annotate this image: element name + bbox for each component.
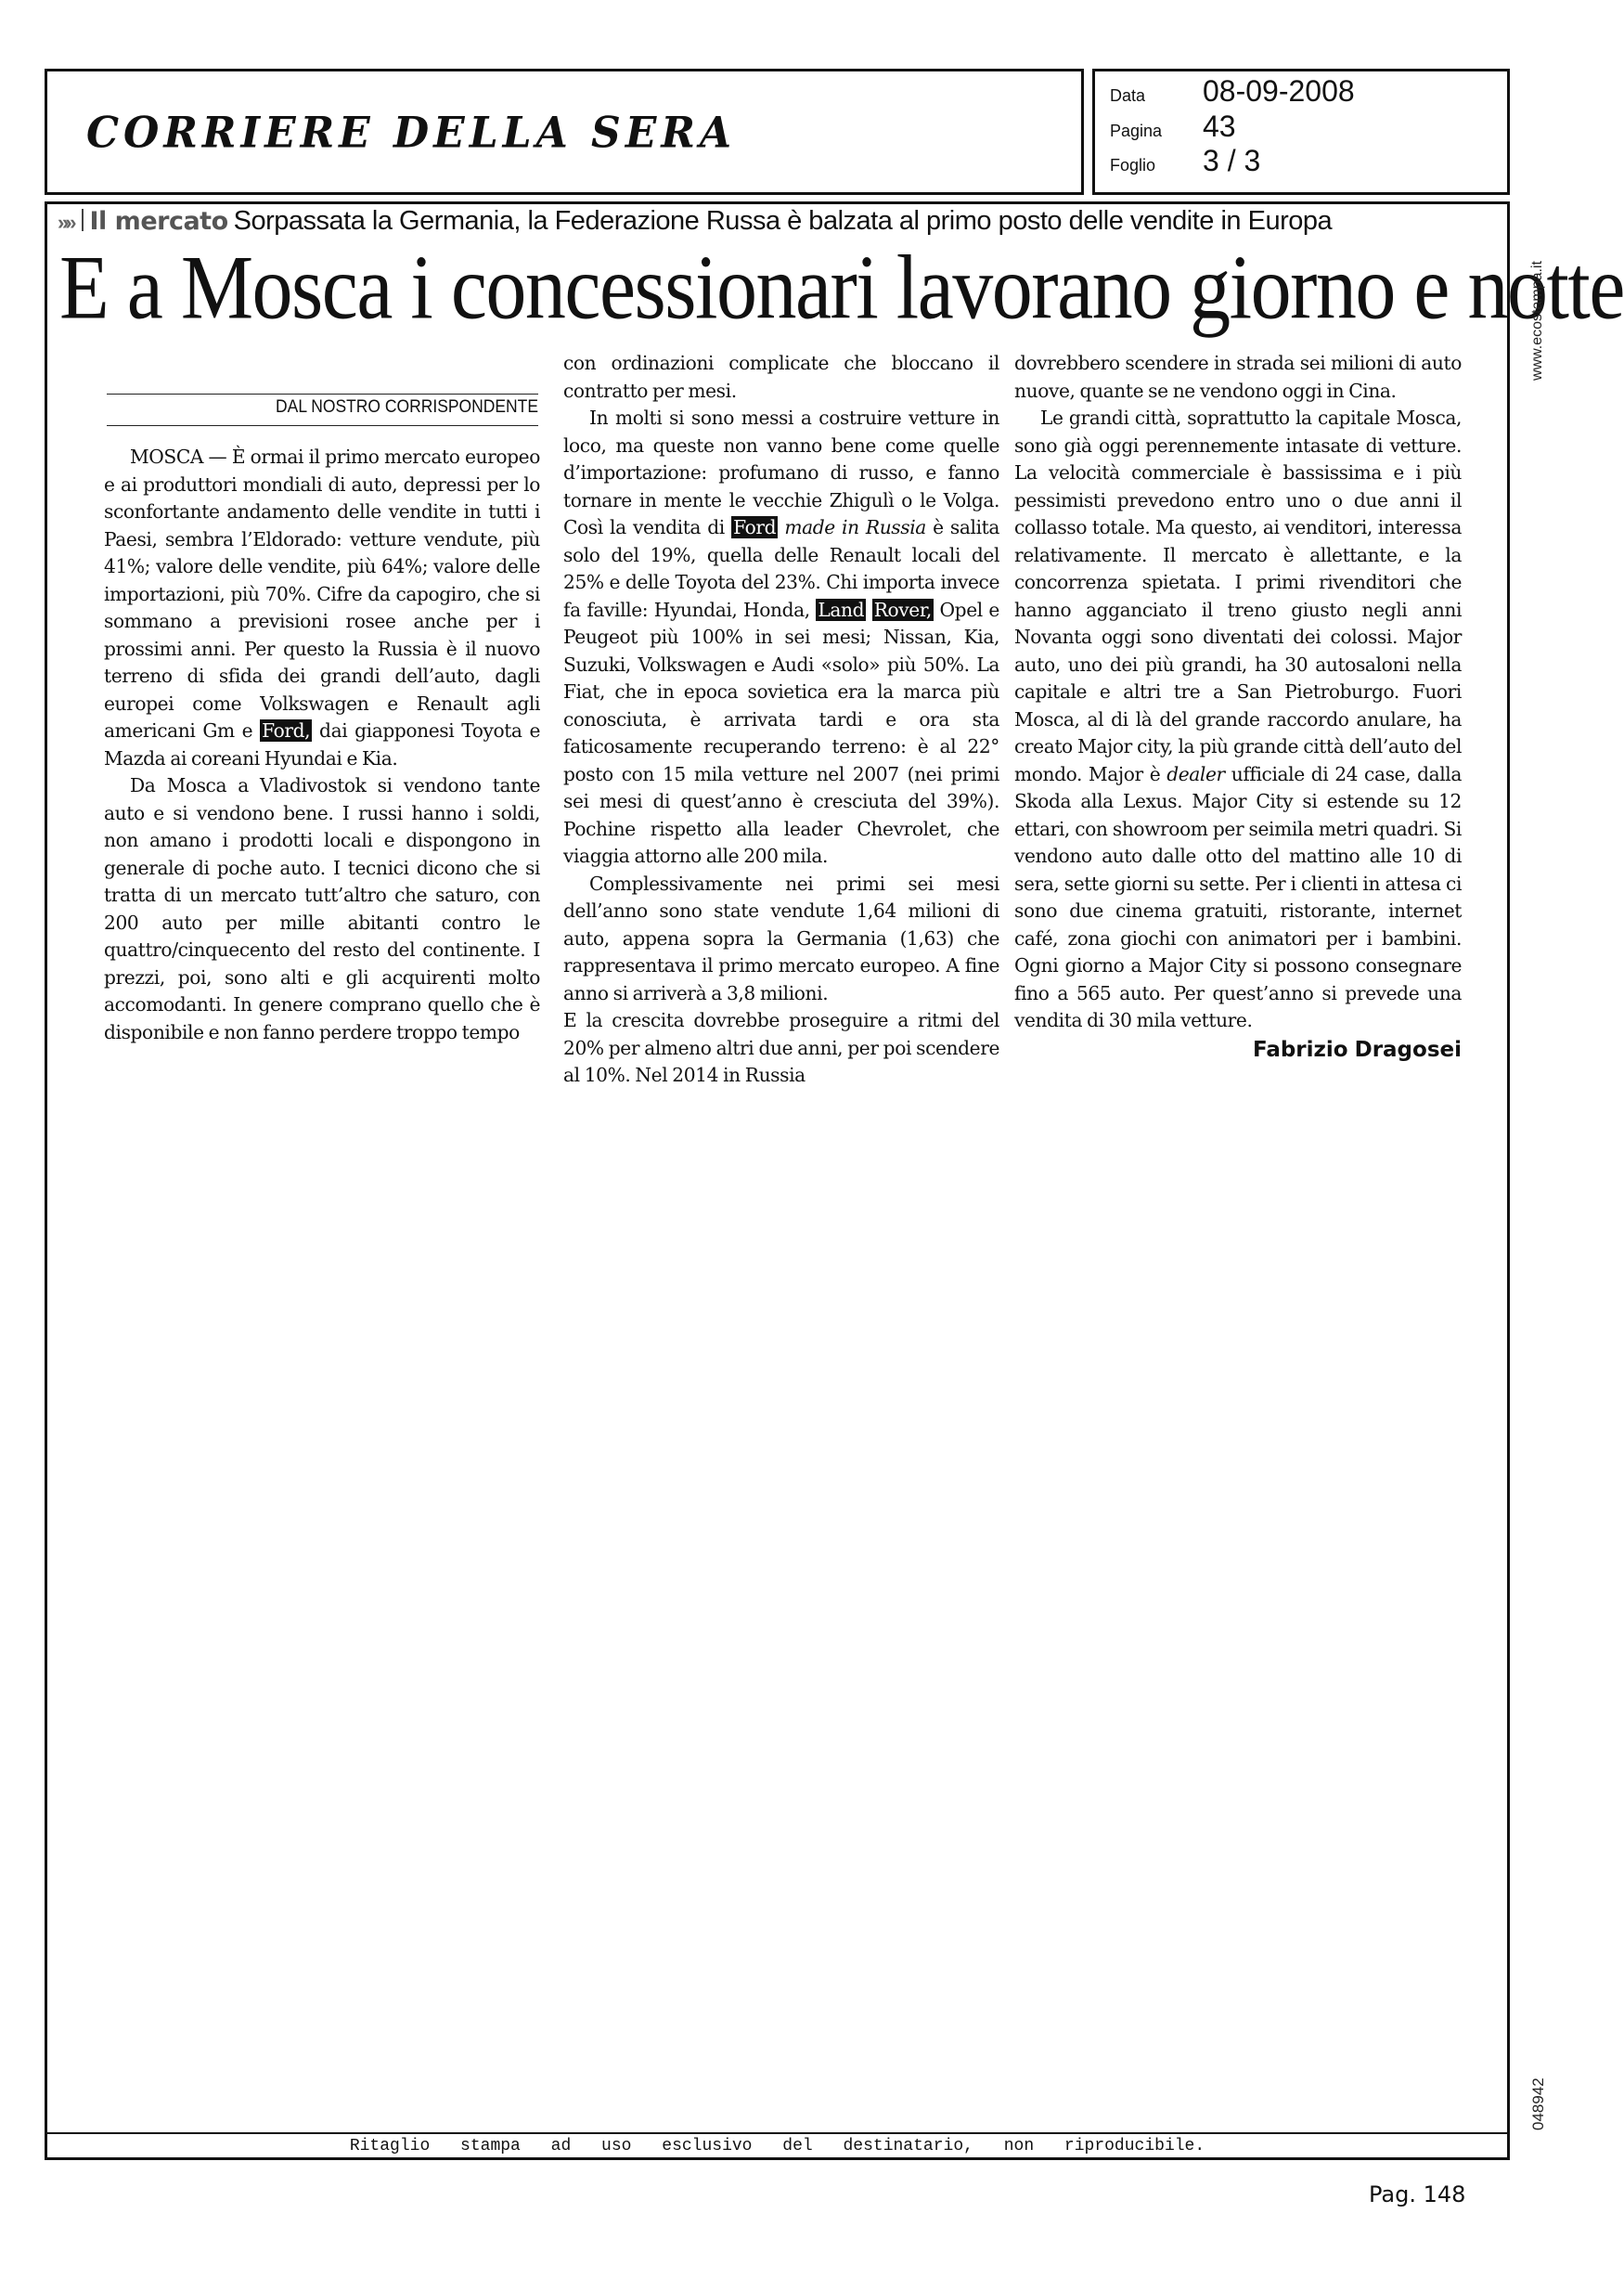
paragraph-text: Le grandi città, soprattutto la capitale… bbox=[1014, 407, 1462, 785]
source-url: www.ecostampa.it bbox=[1529, 261, 1546, 381]
italic-phrase: dealer bbox=[1166, 763, 1225, 785]
italic-phrase: made in Russia bbox=[784, 516, 926, 538]
paragraph: Da Mosca a Vladivostok si vendono tante … bbox=[104, 772, 540, 1046]
paragraph-text: MOSCA — È ormai il primo mercato europeo… bbox=[104, 446, 540, 742]
meta-sheet-row: Foglio3 / 3 bbox=[1110, 144, 1260, 178]
article-column-3: dovrebbero scendere in strada sei milion… bbox=[1014, 350, 1462, 1064]
kicker-separator bbox=[82, 209, 84, 231]
paragraph-text: ufficiale di 24 case, dalla Skoda alla L… bbox=[1014, 763, 1462, 1032]
newspaper-name: CORRIERE DELLA SERA bbox=[86, 109, 736, 159]
reproduction-notice: Ritaglio stampa ad uso esclusivo del des… bbox=[45, 2137, 1510, 2155]
kicker-section: Il mercato bbox=[89, 207, 227, 236]
article-column-2: con ordinazioni complicate che bloccano … bbox=[563, 350, 999, 1090]
page-label: Pagina bbox=[1110, 122, 1203, 141]
footer-divider bbox=[45, 2132, 1510, 2134]
article-column-1: MOSCA — È ormai il primo mercato europeo… bbox=[104, 444, 540, 1046]
page-value: 43 bbox=[1203, 110, 1236, 143]
paragraph: Complessivamente nei primi sei mesi dell… bbox=[563, 871, 999, 1008]
page-number: Pag. 148 bbox=[1369, 2181, 1465, 2207]
highlighted-term-rover: Rover, bbox=[872, 599, 934, 621]
double-chevron-right-icon: »» bbox=[58, 211, 72, 234]
paragraph: E la crescita dovrebbe proseguire a ritm… bbox=[563, 1007, 999, 1090]
article-kicker: »»Il mercatoSorpassata la Germania, la F… bbox=[58, 206, 1332, 237]
paragraph: Le grandi città, soprattutto la capitale… bbox=[1014, 405, 1462, 1035]
highlighted-term-ford: Ford bbox=[731, 516, 778, 538]
author-byline: Fabrizio Dragosei bbox=[1014, 1037, 1462, 1065]
meta-page-row: Pagina43 bbox=[1110, 110, 1236, 144]
dateline: DAL NOSTRO CORRISPONDENTE bbox=[141, 397, 538, 418]
paragraph-text: Opel e Peugeot più 100% in sei mesi; Nis… bbox=[563, 599, 999, 868]
paragraph: con ordinazioni complicate che bloccano … bbox=[563, 350, 999, 405]
sheet-label: Foglio bbox=[1110, 156, 1203, 175]
date-label: Data bbox=[1110, 86, 1203, 106]
article-headline: E a Mosca i concessionari lavorano giorn… bbox=[59, 237, 1624, 341]
highlighted-term-ford: Ford, bbox=[260, 719, 312, 742]
dateline-rule-bottom bbox=[107, 425, 538, 426]
sheet-value: 3 / 3 bbox=[1203, 144, 1260, 177]
kicker-text: Sorpassata la Germania, la Federazione R… bbox=[234, 206, 1332, 236]
paragraph: MOSCA — È ormai il primo mercato europeo… bbox=[104, 444, 540, 772]
date-value: 08-09-2008 bbox=[1203, 74, 1355, 108]
meta-date-row: Data08-09-2008 bbox=[1110, 74, 1355, 109]
dateline-rule-top bbox=[107, 394, 538, 395]
paragraph: In molti si sono messi a costruire vettu… bbox=[563, 405, 999, 871]
paragraph: dovrebbero scendere in strada sei milion… bbox=[1014, 350, 1462, 405]
highlighted-term-land: Land bbox=[816, 599, 866, 621]
clipping-code: 048942 bbox=[1529, 2077, 1548, 2130]
